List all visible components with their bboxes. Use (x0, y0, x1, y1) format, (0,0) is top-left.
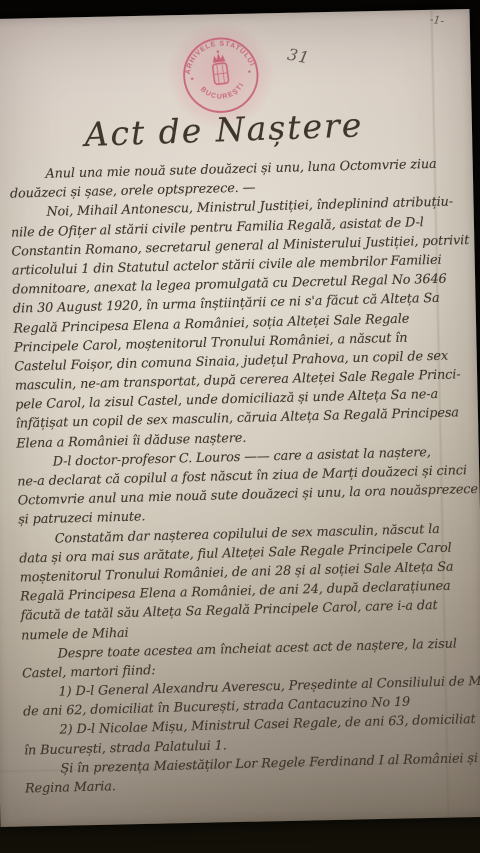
document-title: Act de Naștere (0, 102, 462, 158)
archive-folio-number: 31 (286, 45, 312, 68)
archive-stamp: ARHIVELE STATULUI BUCUREȘTI (177, 32, 264, 119)
archive-stamp-icon: ARHIVELE STATULUI BUCUREȘTI (177, 32, 264, 119)
paragraph-2: Noi, Mihail Antonescu, Ministrul Justiți… (10, 193, 470, 454)
crown-and-shield-emblem (211, 50, 229, 85)
paragraph-3: D-l doctor-profesor C. Louros —— care a … (17, 442, 473, 530)
page-number-pencil-mark: -1- (429, 13, 445, 28)
paper-sheet: -1- ARHIVELE STATULUI BUCUREȘTI (0, 9, 480, 827)
document-body: Anul una mie nouă sute douăzeci și unu, … (9, 154, 479, 798)
paragraph-4: Constatăm dar nașterea copilului de sex … (19, 519, 476, 646)
document-photo: -1- ARHIVELE STATULUI BUCUREȘTI (0, 0, 480, 853)
